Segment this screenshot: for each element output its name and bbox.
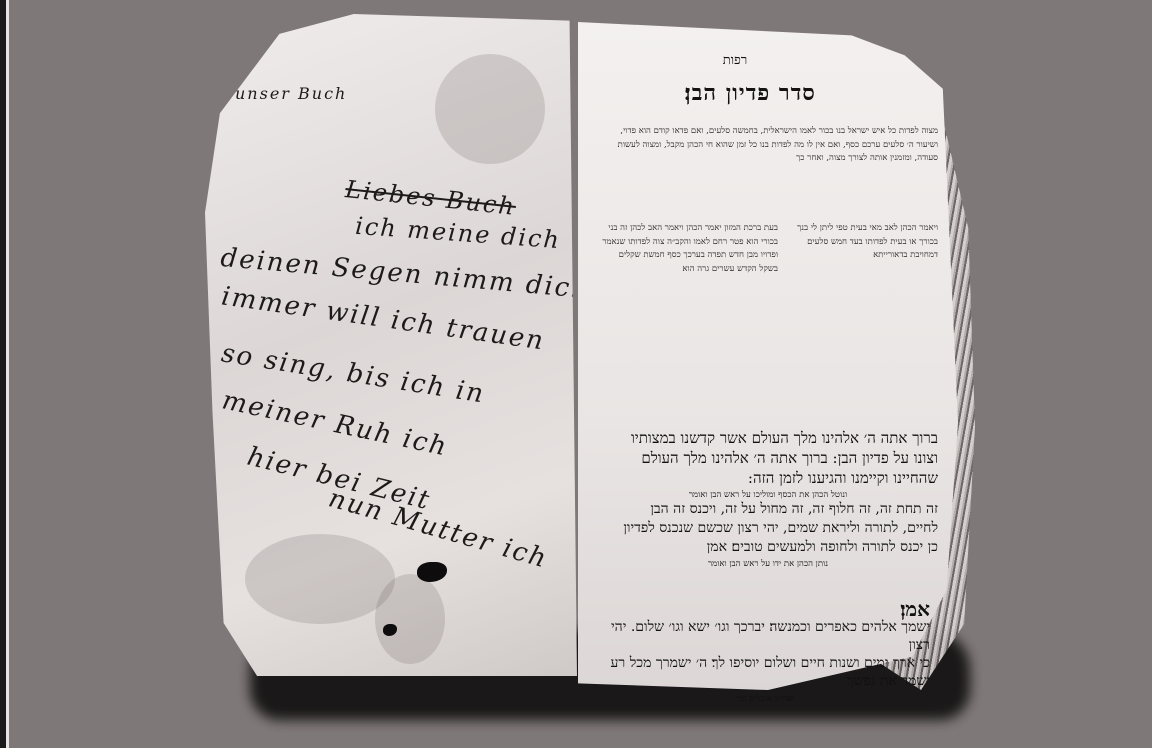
text-column-right: בעת ברכת המזון יאמר הכהן ויאמר האב לכהן … — [598, 222, 778, 417]
closing-line: ישמך אלהים כאפרים וכמנשה׃ יברכך וגו׳ ישא… — [600, 618, 930, 654]
blessing-line: וצונו על פדיון הבן: ברוך אתה ה׳ אלהינו מ… — [598, 448, 938, 468]
intro-paragraph: מצוה לפדות כל איש ישראל בנו בכור לאמו הי… — [598, 125, 938, 221]
formula-line: זה תחת זה, זה חלוף זה, זה מחול על זה, וי… — [598, 500, 938, 519]
blessing-block: ברוך אתה ה׳ אלהינו מלך העולם אשר קדשנו ב… — [598, 428, 938, 502]
handwriting-line: ich meine dich — [354, 212, 562, 254]
photo-frame-edge — [0, 0, 6, 748]
closing-line: כי ארך ימים ושנות חיים ושלום יוסיפו לך׃ … — [600, 654, 930, 690]
closing-block: אמן׃ ישמך אלהים כאפרים וכמנשה׃ יברכך וגו… — [600, 600, 930, 708]
handwriting-line: nun Mutter ich — [325, 483, 551, 574]
formula-line: כן יכנס לתורה ולחופה ולמעשים טובים׃ אמן — [598, 538, 938, 557]
left-page-handwritten: unser Buch Liebes Buch ich meine dich de… — [205, 14, 577, 676]
running-head: רפות — [600, 52, 870, 68]
blessing-line: ברוך אתה ה׳ אלהינו מלך העולם אשר קדשנו ב… — [598, 428, 938, 448]
redemption-formula: זה תחת זה, זה חלוף זה, זה מחול על זה, וי… — [598, 500, 938, 571]
page-title: סדר פדיון הבן׃ — [600, 80, 900, 106]
handwriting: unser Buch Liebes Buch ich meine dich de… — [205, 14, 577, 676]
instruction-text: נותן הכהן את ידו על ראש הבן ואומר — [598, 557, 938, 571]
blessing-line: שהחיינו וקיימנו והגיענו לזמן הזה: — [598, 468, 938, 488]
amen-word: אמן׃ — [600, 600, 930, 618]
text-column-left: ויאמר הכהן לאב מאי בעית טפי ליתן לי בנך … — [782, 222, 938, 417]
closing-line: ואח״כ אוכלים וכו׳ — [600, 690, 930, 708]
formula-line: לחיים, לתורה וליראת שמים, יהי רצון שכשם … — [598, 519, 938, 538]
handwriting-line: unser Buch — [235, 84, 347, 103]
